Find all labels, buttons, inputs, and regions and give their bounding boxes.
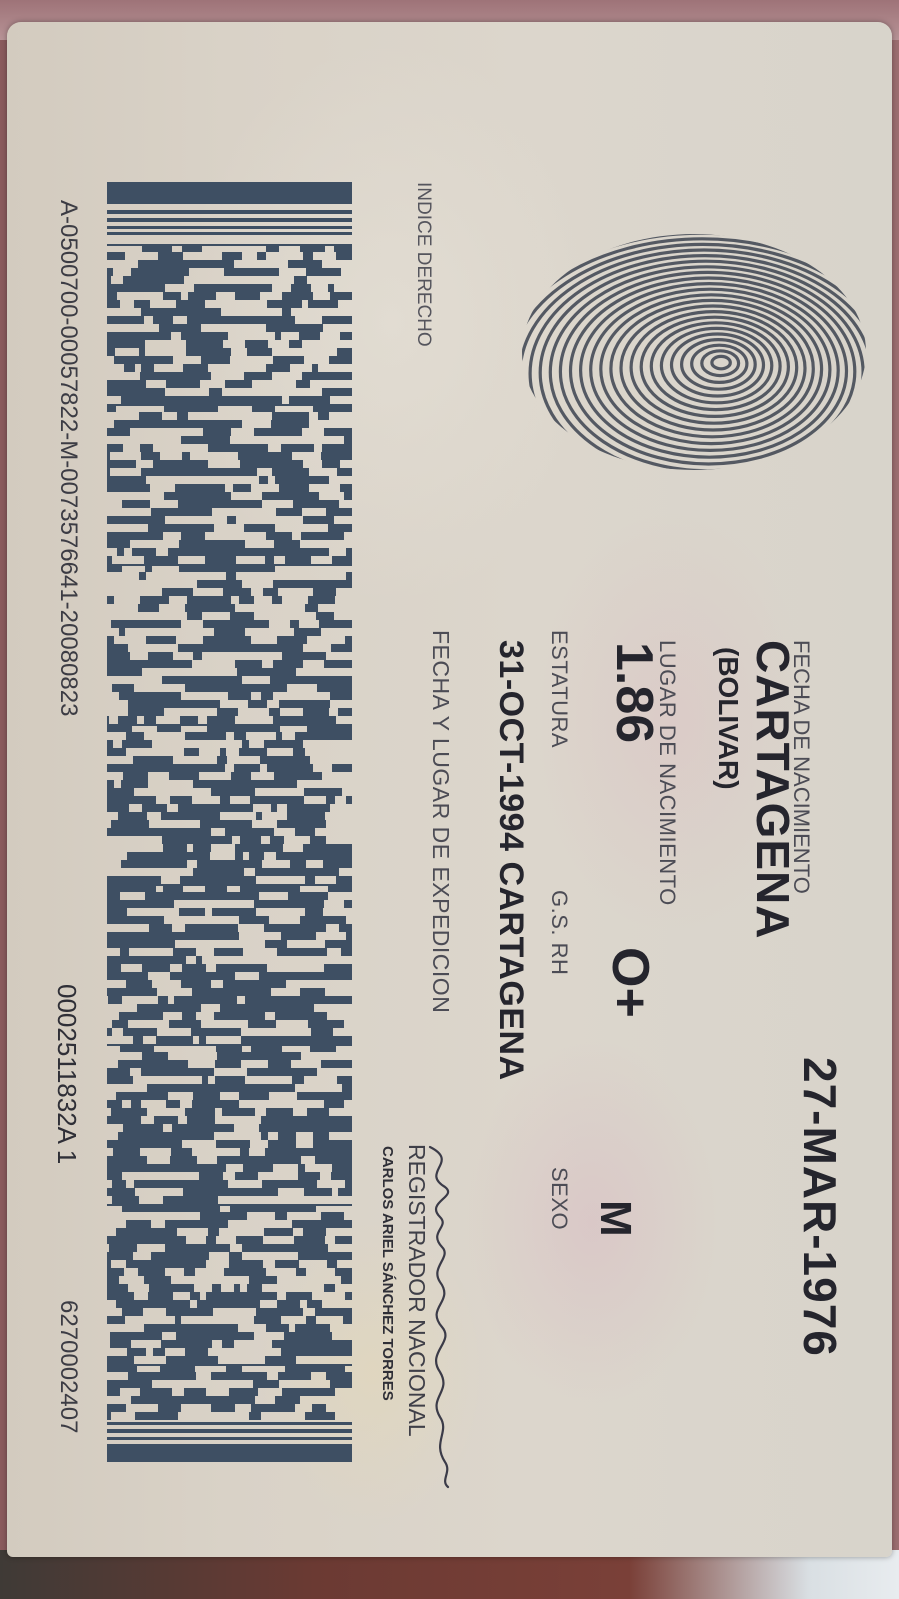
- footer-code: A-0500700-00057822-M-0073576641-20080823: [54, 200, 82, 716]
- registrar-name: CARLOS ARIEL SÁNCHEZ TORRES: [379, 1146, 396, 1401]
- sex-value: M: [590, 1200, 640, 1237]
- height-label: ESTATURA: [546, 630, 572, 748]
- height-value: 1.86: [604, 642, 664, 743]
- fingerprint-label: INDICE DERECHO: [412, 182, 434, 347]
- footer-serial: 0002511832A 1: [51, 984, 82, 1164]
- blood-type-value: O+: [600, 947, 660, 1018]
- blood-type-label: G.S. RH: [546, 890, 572, 975]
- pdf417-barcode: [107, 182, 352, 1462]
- issue-label: FECHA Y LUGAR DE EXPEDICION: [427, 630, 454, 1013]
- id-card-back: 27-MAR-1976 FECHA DE NACIMIENTO CARTAGEN…: [7, 22, 892, 1557]
- fingerprint-icon: [517, 227, 872, 477]
- place-of-birth: CARTAGENA: [746, 640, 800, 939]
- registrar-title: REGISTRADOR NACIONAL: [403, 1144, 430, 1437]
- sex-label: SEXO: [546, 1167, 572, 1230]
- background-surface-bottom: [0, 1550, 899, 1599]
- footer-number: 6270002407: [54, 1300, 82, 1433]
- date-of-birth: 27-MAR-1976: [793, 1057, 847, 1357]
- issue-date-place: 31-OCT-1994 CARTAGENA: [491, 640, 530, 1081]
- place-of-birth-region: (BOLIVAR): [712, 647, 744, 790]
